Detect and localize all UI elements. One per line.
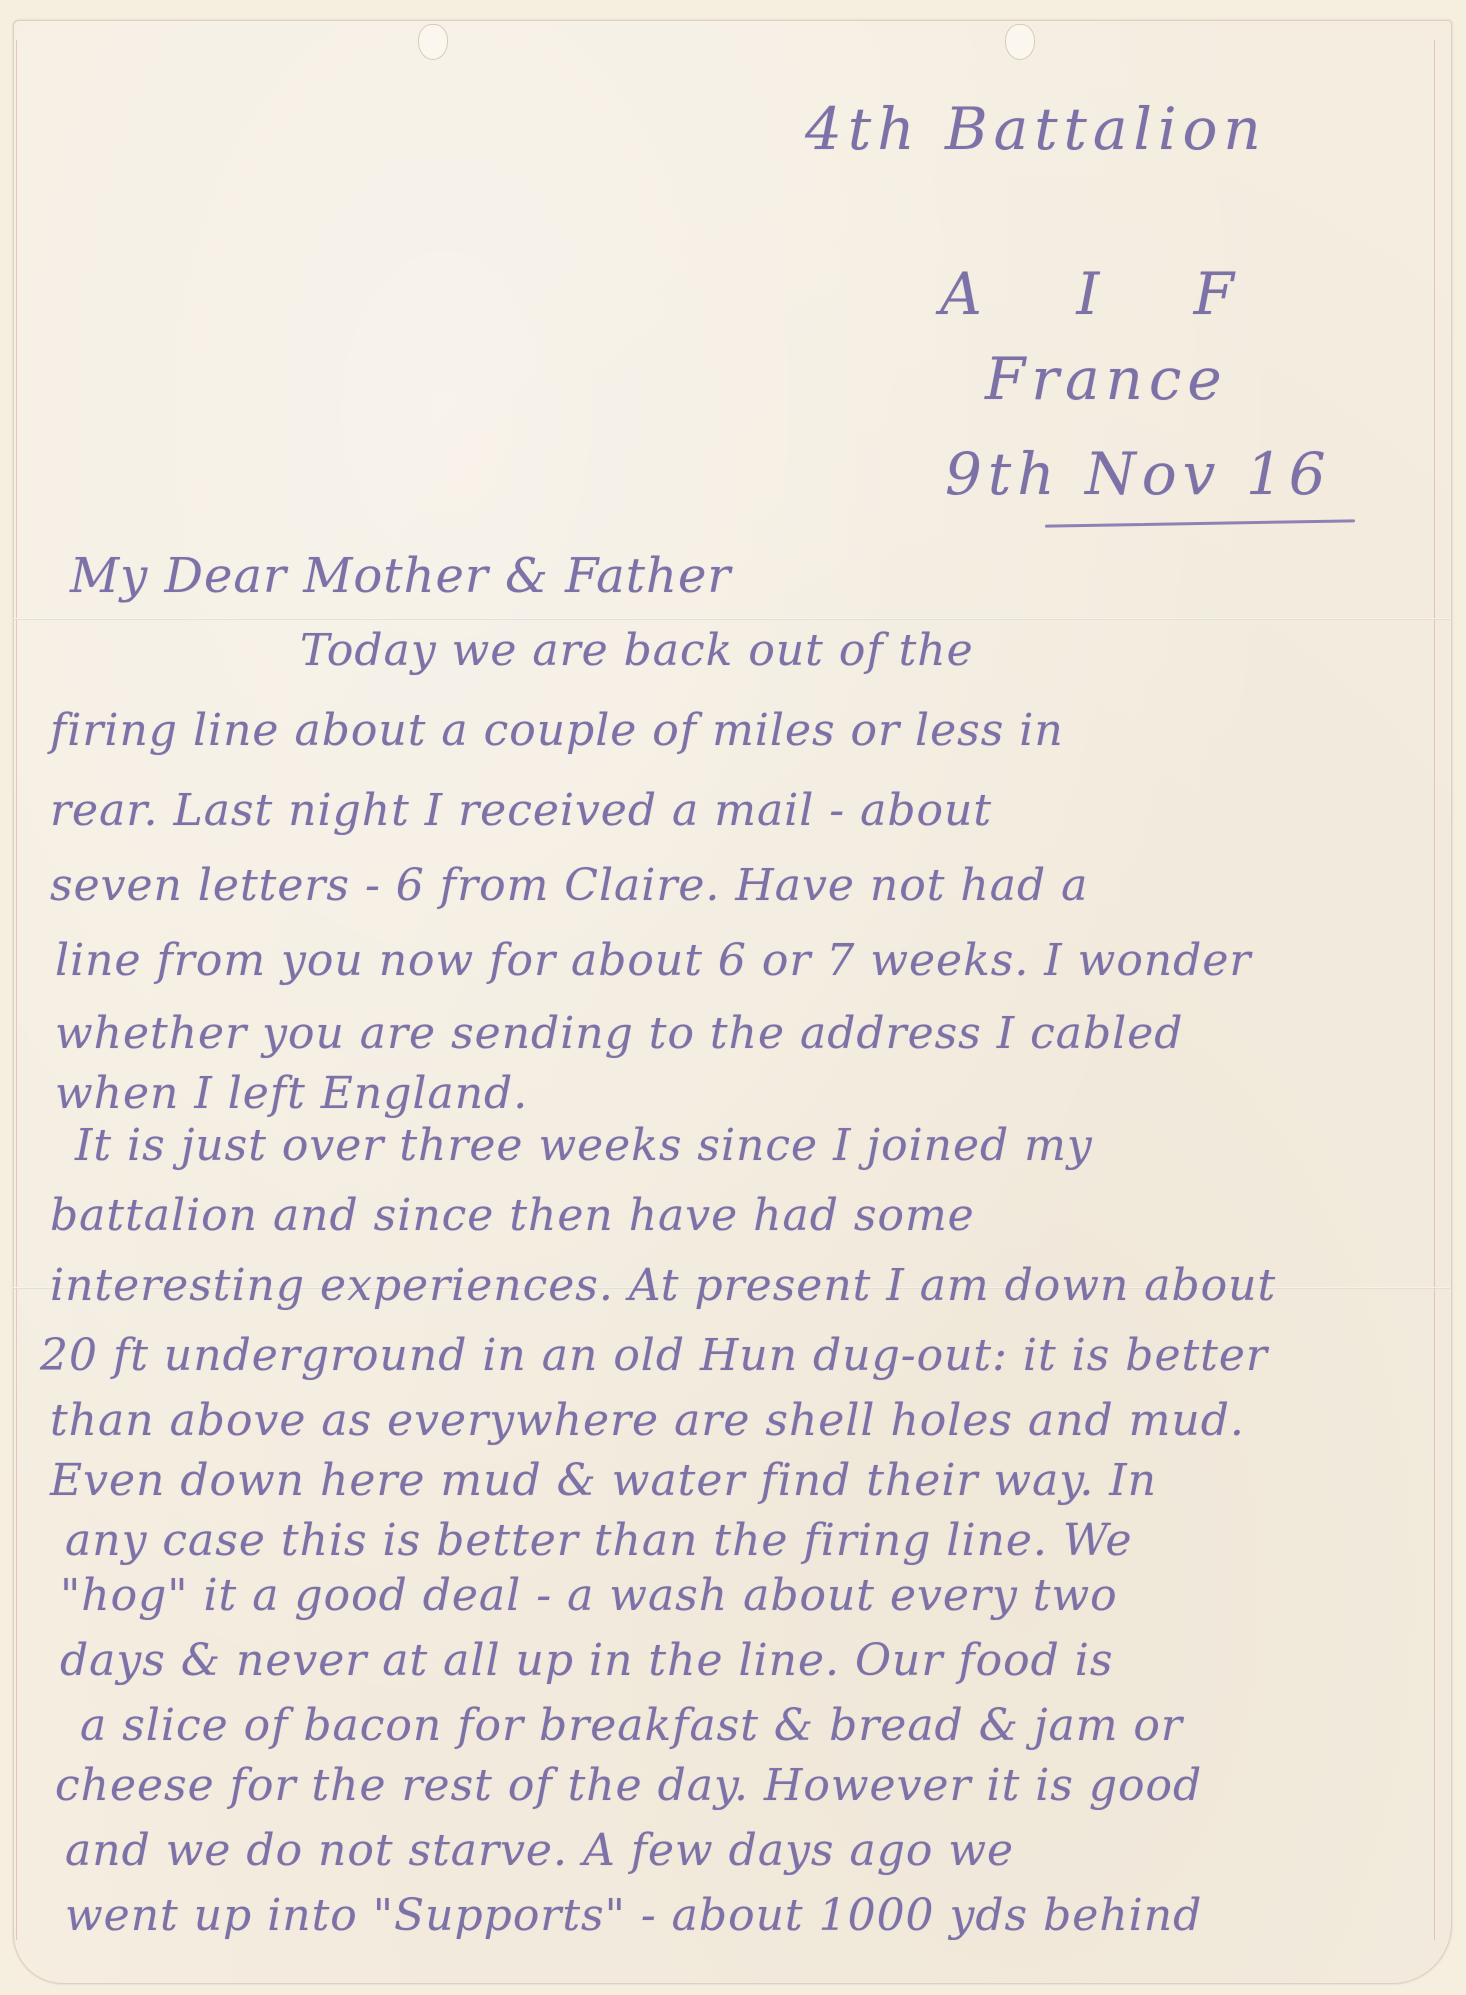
right-edge-rule [1434, 40, 1435, 1940]
body-line: line from you now for about 6 or 7 weeks… [55, 935, 1251, 986]
body-line: 20 ft underground in an old Hun dug-out:… [40, 1330, 1268, 1381]
body-line: went up into "Supports" - about 1000 yds… [65, 1890, 1202, 1941]
body-line: rear. Last night I received a mail - abo… [50, 785, 992, 836]
body-line: Even down here mud & water find their wa… [50, 1455, 1157, 1506]
body-line: cheese for the rest of the day. However … [55, 1760, 1202, 1811]
body-line: and we do not starve. A few days ago we [65, 1825, 1014, 1876]
punch-hole-right [1005, 24, 1035, 60]
salutation: My Dear Mother & Father [70, 548, 731, 604]
header-location: France [985, 345, 1228, 413]
body-line: seven letters - 6 from Claire. Have not … [50, 860, 1088, 911]
letter-scan: 4th Battalion A I F France 9th Nov 16 My… [0, 0, 1466, 1995]
body-line: It is just over three weeks since I join… [75, 1120, 1093, 1171]
fold-crease-upper [13, 618, 1450, 620]
body-line: any case this is better than the firing … [65, 1515, 1133, 1566]
body-line: "hog" it a good deal - a wash about ever… [60, 1570, 1118, 1621]
left-edge-rule [16, 40, 17, 1940]
body-line: whether you are sending to the address I… [55, 1008, 1183, 1059]
punch-hole-left [418, 24, 448, 60]
body-line: Today we are back out of the [300, 625, 974, 676]
header-unit: 4th Battalion [805, 95, 1267, 163]
body-line: interesting experiences. At present I am… [50, 1260, 1276, 1311]
body-line: days & never at all up in the line. Our … [60, 1635, 1113, 1686]
body-line: a slice of bacon for breakfast & bread &… [80, 1700, 1183, 1751]
body-line: firing line about a couple of miles or l… [50, 705, 1064, 756]
header-force: A I F [940, 260, 1272, 328]
body-line: when I left England. [55, 1068, 528, 1119]
body-line: battalion and since then have had some [50, 1190, 975, 1241]
body-line: than above as everywhere are shell holes… [50, 1395, 1245, 1446]
header-date: 9th Nov 16 [945, 440, 1332, 508]
